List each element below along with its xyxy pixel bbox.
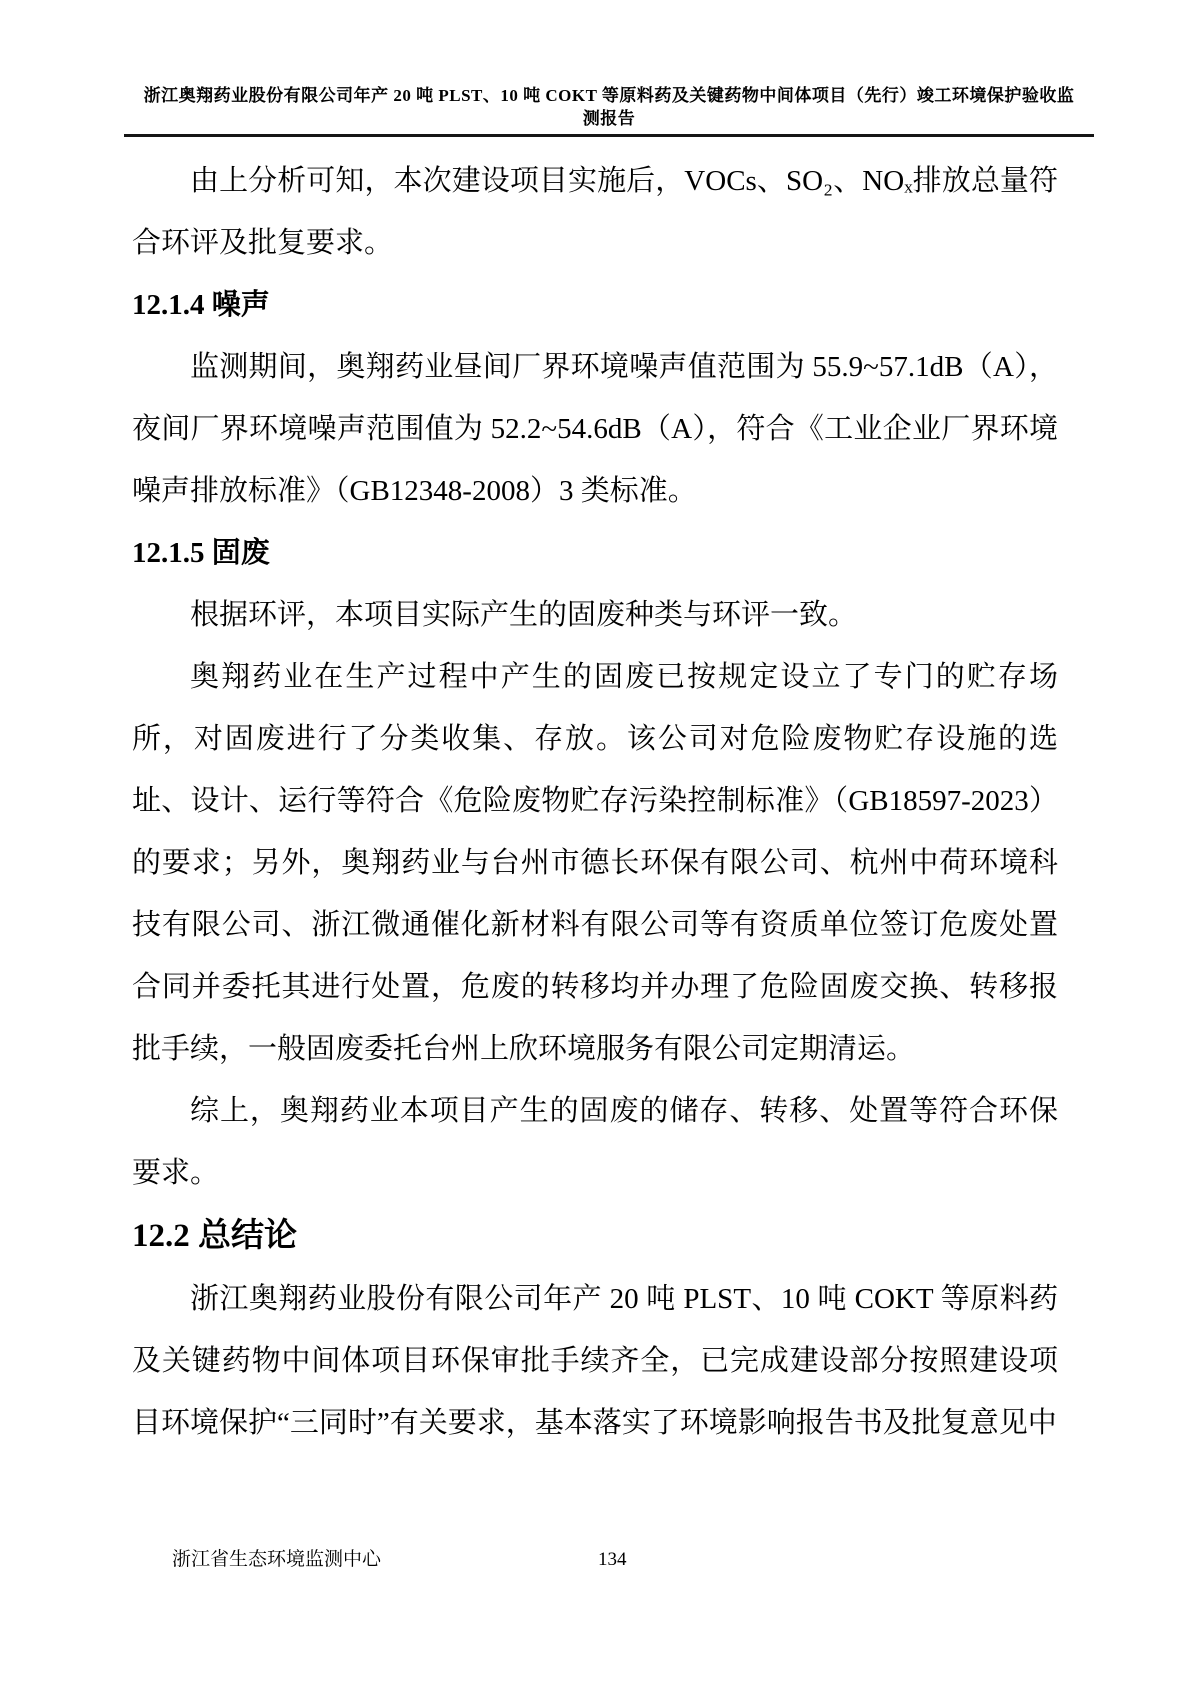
- section-heading: 12.1.5 固废: [132, 522, 1058, 584]
- page-footer: 浙江省生态环境监测中心 134: [0, 1548, 1190, 1578]
- body-paragraph: 由上分析可知，本次建设项目实施后，VOCs、SO₂、NOₓ排放总量符合环评及批复…: [132, 150, 1058, 274]
- body-paragraph: 奥翔药业在生产过程中产生的固废已按规定设立了专门的贮存场所，对固废进行了分类收集…: [132, 646, 1058, 1080]
- section-heading: 12.1.4 噪声: [132, 274, 1058, 336]
- report-title: 浙江奥翔药业股份有限公司年产 20 吨 PLST、10 吨 COKT 等原料药及…: [143, 84, 1075, 130]
- body-paragraph: 根据环评，本项目实际产生的固废种类与环评一致。: [132, 584, 1058, 646]
- report-page: 浙江奥翔药业股份有限公司年产 20 吨 PLST、10 吨 COKT 等原料药及…: [0, 0, 1190, 1683]
- section-heading: 12.2 总结论: [132, 1204, 1058, 1268]
- body-paragraph: 综上，奥翔药业本项目产生的固废的储存、转移、处置等符合环保要求。: [132, 1080, 1058, 1204]
- page-header: 浙江奥翔药业股份有限公司年产 20 吨 PLST、10 吨 COKT 等原料药及…: [124, 0, 1094, 137]
- body-paragraph: 浙江奥翔药业股份有限公司年产 20 吨 PLST、10 吨 COKT 等原料药及…: [132, 1268, 1058, 1454]
- page-number: 134: [598, 1548, 627, 1572]
- document-body: 由上分析可知，本次建设项目实施后，VOCs、SO₂、NOₓ排放总量符合环评及批复…: [132, 150, 1058, 1454]
- body-paragraph: 监测期间，奥翔药业昼间厂界环境噪声值范围为 55.9~57.1dB（A），夜间厂…: [132, 336, 1058, 522]
- footer-organization: 浙江省生态环境监测中心: [172, 1548, 381, 1572]
